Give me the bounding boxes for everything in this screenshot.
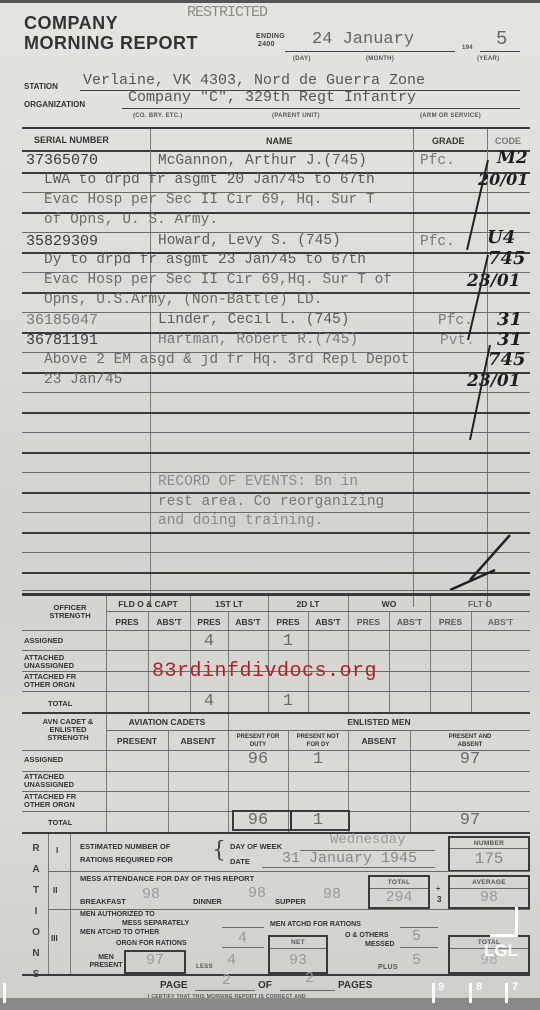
group-aviation-cadets: AVIATION CADETS [106, 717, 228, 727]
organization-label: ORGANIZATION [24, 100, 85, 109]
station-label: STATION [24, 82, 58, 91]
subcol: ABS'T [389, 617, 430, 627]
caption-year: (YEAR) [477, 56, 499, 62]
of-label: OF [258, 980, 272, 991]
dinner-label: DINNER [193, 897, 222, 906]
dinner-value: 98 [248, 885, 266, 902]
divide-by: 3 [437, 895, 441, 904]
ending-time: 2400 [258, 41, 275, 48]
group-wo: WO [348, 599, 430, 609]
subcol: ABS'T [228, 617, 268, 627]
total-1st-lt-pres: 4 [190, 692, 228, 711]
subcol: PRES [268, 617, 308, 627]
organization-value: Company "C", 329th Regt Infantry [128, 89, 416, 106]
number-label: NUMBER [448, 840, 530, 847]
edge-tick [3, 983, 6, 1003]
col-name: NAME [266, 136, 293, 146]
subcol: PRES [190, 617, 228, 627]
website-watermark: 83rdinfdivdocs.org [152, 660, 377, 683]
subcol: ABS'T [148, 617, 190, 627]
rations-side-label: R A T I O N S [30, 838, 42, 985]
atchd-other-line2: ORGN FOR RATIONS [116, 940, 187, 947]
handwritten-slashes [440, 150, 540, 590]
remark-line: Evac Hosp per Sec II Cir 69,Hq. Sur T of [44, 272, 392, 288]
remark-line: Opns, U.S.Army, (Non-Battle) LD. [44, 292, 322, 308]
year-prefix: 194 [462, 45, 473, 51]
remark-line: Above 2 EM asgd & jd fr Hq. 3rd Repl Dep… [44, 352, 409, 368]
row-total: TOTAL [48, 819, 72, 827]
serial-number: 36185047 [26, 312, 98, 329]
col-code: CODE [495, 136, 521, 146]
atchd-for-value: 5 [412, 928, 421, 945]
rations-estimate-line1: ESTIMATED NUMBER OF [80, 842, 170, 851]
day-of-week-value: Wednesday [330, 832, 406, 848]
men-present-value: 97 [124, 952, 186, 969]
plus-label: PLUS [378, 964, 398, 971]
enlisted-strength-title: AVN CADET & ENLISTED STRENGTH [30, 718, 106, 742]
serial-number: 37365070 [26, 152, 98, 169]
caption-day: (DAY) [293, 56, 311, 62]
section-1-numeral: I [56, 846, 58, 855]
group-fld-o-capt: FLD O & CAPT [106, 599, 190, 609]
date-label: DATE [230, 857, 250, 866]
rations-date-value: 31 January 1945 [282, 850, 417, 867]
subcol-em-absent: ABSENT [348, 736, 410, 746]
section-3-numeral: III [51, 934, 58, 943]
mess-total-label: TOTAL [368, 879, 430, 886]
corner-mark [515, 907, 518, 937]
top-edge [0, 0, 540, 3]
row-attached-other-orgn: ATTACHED FR OTHER ORGN [24, 793, 104, 809]
subcol-present-not-for-duty: PRESENT NOT FOR DY [290, 733, 346, 749]
edge-number: 7 [512, 981, 518, 993]
roster-top-border [22, 127, 530, 129]
serial-number: 36781191 [26, 332, 98, 349]
assigned-present-for-duty: 96 [228, 750, 288, 769]
assigned-present-and-absent: 97 [410, 750, 530, 769]
assigned-1st-lt-pres: 4 [190, 632, 228, 651]
subcol-present: PRESENT [106, 736, 168, 746]
soldier-name: Hartman, Robert R.(745) [158, 332, 358, 348]
subcol: PRES [348, 617, 389, 627]
row-total: TOTAL [48, 700, 72, 708]
caption-month: (MONTH) [366, 56, 394, 62]
breakfast-label: BREAKFAST [80, 897, 126, 906]
total-present-for-duty: 96 [228, 811, 288, 830]
row-assigned: ASSIGNED [24, 637, 63, 645]
less-value: 4 [227, 952, 236, 969]
serial-number: 35829309 [26, 233, 98, 250]
events-line: and doing training. [158, 513, 323, 529]
supper-value: 98 [323, 886, 341, 903]
subcol-present-and-absent: PRESENT AND ABSENT [440, 733, 500, 749]
events-line: RECORD OF EVENTS: Bn in [158, 474, 358, 490]
row-assigned: ASSIGNED [24, 756, 63, 764]
rations-estimate-line2: RATIONS REQUIRED FOR [80, 855, 173, 864]
mess-total-value: 294 [368, 889, 430, 906]
group-enlisted-men: ENLISTED MEN [228, 717, 530, 727]
certify-text: I CERTIFY THAT THIS MORNING REPORT IS CO… [148, 994, 306, 1000]
auth-separately-line2: MESS SEPARATELY [122, 920, 189, 927]
edge-number: 9 [438, 981, 444, 993]
remark-line: LWA to drpd fr asgmt 20 Jan/45 to 67th [44, 172, 375, 188]
section-2-numeral: II [53, 886, 57, 895]
report-year: 5 [496, 28, 507, 50]
form-title-line2: MORNING REPORT [24, 33, 198, 53]
caption-parent: (PARENT UNIT) [272, 113, 320, 119]
mess-attendance-title: MESS ATTENDANCE FOR DAY OF THIS REPORT [80, 874, 254, 883]
page-value: 2 [222, 972, 231, 989]
atchd-other-value: 4 [238, 930, 247, 947]
group-flt-o: FLT O [430, 599, 530, 609]
subcol: ABS'T [308, 617, 348, 627]
average-value: 98 [448, 889, 530, 906]
total-present-and-absent: 97 [410, 811, 530, 830]
row-attached-unassigned: ATTACHED UNASSIGNED [24, 773, 104, 789]
caption-co: (CO. BRY. ETC.) [133, 113, 183, 119]
remark-line: of Opns, U. S. Army. [44, 212, 218, 228]
men-present-label: MEN PRESENT [88, 954, 124, 970]
events-line: rest area. Co reorganizing [158, 494, 384, 510]
officer-strength-title: OFFICER STRENGTH [40, 604, 100, 620]
remark-line: Evac Hosp per Sec II Cir 69, Hq. Sur T [44, 192, 375, 208]
breakfast-value: 98 [142, 886, 160, 903]
day-of-week-label: DAY OF WEEK [230, 842, 282, 851]
form-title-line1: COMPANY [24, 13, 118, 33]
total-present-not-for-duty: 1 [288, 811, 348, 830]
net-label: NET [268, 939, 328, 946]
subcol-present-for-duty: PRESENT FOR DUTY [230, 733, 286, 749]
row-attached-other-orgn: ATTACHED FR OTHER ORGN [24, 673, 104, 689]
soldier-name: McGannon, Arthur J.(745) [158, 153, 367, 169]
atchd-for-line3: MESSED [365, 941, 395, 948]
atchd-for-line1: MEN ATCHD FOR RATIONS [270, 921, 361, 928]
average-label: AVERAGE [448, 879, 530, 886]
subcol: PRES [430, 617, 471, 627]
restricted-stamp: RESTRICTED [187, 4, 267, 21]
plus-value: 5 [412, 952, 421, 969]
number-value: 175 [448, 850, 530, 868]
total-2d-lt-pres: 1 [268, 692, 308, 711]
atchd-other-line1: MEN ATCHD TO OTHER [80, 929, 159, 936]
group-1st-lt: 1ST LT [190, 599, 268, 609]
supper-label: SUPPER [275, 897, 306, 906]
row-attached-unassigned: ATTACHED UNASSIGNED [24, 654, 104, 670]
edge-number: 8 [476, 981, 482, 993]
soldier-name: Linder, Cecil L. (745) [158, 312, 349, 328]
station-value: Verlaine, VK 4303, Nord de Guerra Zone [83, 72, 425, 89]
lgl-label: LGL [484, 941, 518, 961]
auth-separately-line1: MEN AUTHORIZED TO [80, 911, 155, 918]
group-2d-lt: 2D LT [268, 599, 348, 609]
col-grade: GRADE [432, 136, 465, 146]
less-label: LESS [196, 964, 213, 970]
pages-value: 2 [305, 970, 314, 987]
assigned-present-not-for-duty: 1 [288, 750, 348, 769]
brace-symbol: { [212, 838, 226, 863]
divide-symbol: ÷ [436, 884, 440, 893]
subcol: PRES [106, 617, 148, 627]
soldier-name: Howard, Levy S. (745) [158, 233, 341, 249]
assigned-2d-lt-pres: 1 [268, 632, 308, 651]
report-date: 24 January [312, 30, 414, 49]
atchd-for-line2: O & OTHERS [345, 932, 389, 939]
remark-line: 23 Jan/45 [44, 372, 122, 388]
ending-label: ENDING [256, 33, 285, 40]
remark-line: Dy to drpd fr asgmt 23 Jan/45 to 67th [44, 252, 366, 268]
subcol-absent: ABSENT [168, 736, 228, 746]
pages-label: PAGES [338, 980, 372, 991]
col-serial-number: SERIAL NUMBER [34, 135, 109, 145]
page-label: PAGE [160, 980, 188, 991]
subcol: ABS'T [471, 617, 530, 627]
net-value: 93 [268, 952, 328, 969]
caption-arm: (ARM OR SERVICE) [420, 113, 481, 119]
